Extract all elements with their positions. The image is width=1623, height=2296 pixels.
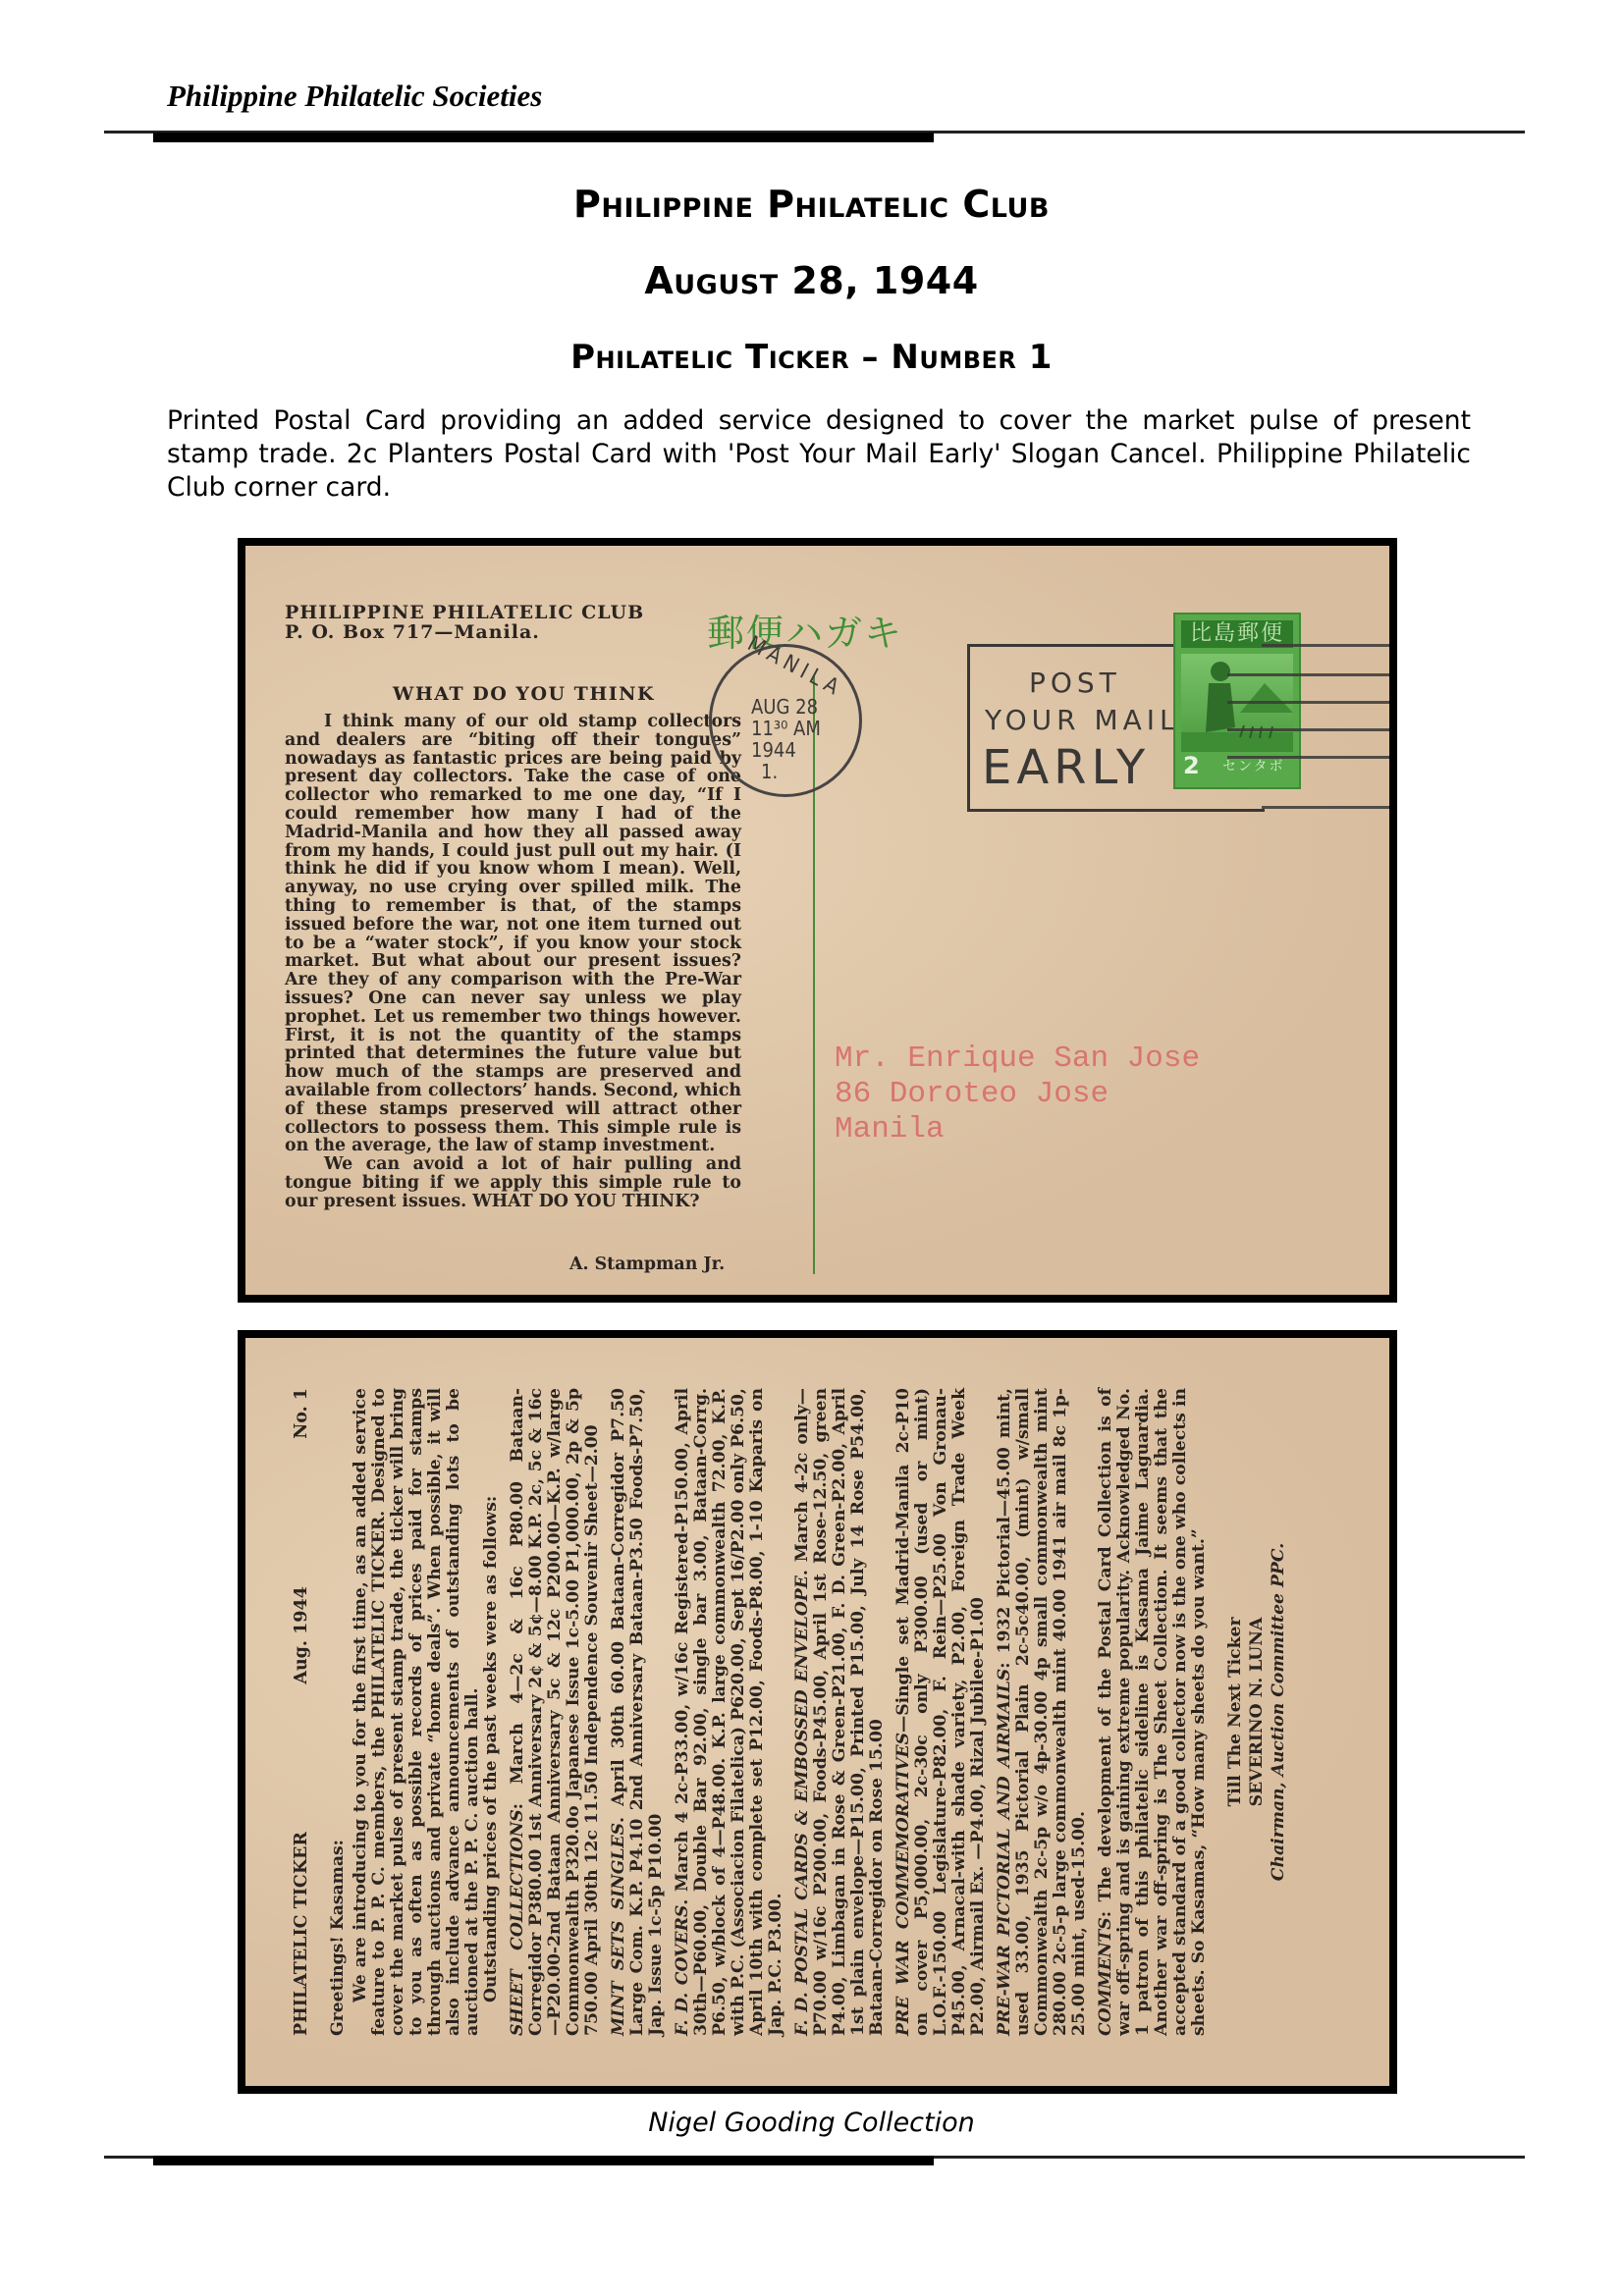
ticker-intro-2: Outstanding prices of the past weeks wer… [482,1388,501,2036]
slogan-line: YOUR MAIL [985,704,1180,736]
article-body: I think many of our old stamp collectors… [285,713,741,1211]
cancel-bar [1262,644,1397,647]
cancel-bar [1227,728,1397,731]
ticker-text: PHILATELIC TICKER Aug. 1944 No. 1 Greeti… [253,1349,1382,2075]
cancel-bar [1227,673,1397,676]
section-label: COMMENTS [1096,1917,1115,2036]
slogan-line: EARLY [982,740,1150,795]
ticker-section: PRE-WAR PICTORIAL AND AIRMAILS: 1932 Pic… [996,1388,1089,2036]
ticker-signer: SEVERINO N. LUNA [1246,1388,1268,2036]
section-label: MINT SETS SINGLES [609,1823,628,2036]
section-label: PRE-WAR PICTORIAL AND AIRMAILS [995,1669,1014,2036]
cancel-bar [1262,806,1397,809]
stamp-value: 2 [1183,752,1200,779]
ticker-section: SHEET COLLECTIONS: March 4—2c & 16c P80.… [509,1388,602,2036]
postal-card-back: PHILATELIC TICKER Aug. 1944 No. 1 Greeti… [238,1330,1397,2094]
page-title: Philippine Philatelic Club [0,183,1623,226]
ticker-greeting: Greetings! Kasamas: [329,1388,348,2036]
postmark-circle: MANILA AUG 28 11³⁰ AM 1944 1. [709,644,862,797]
ticker-section: F. D. POSTAL CARDS & EMBOSSED ENVELOPE. … [793,1388,887,2036]
corner-card-line: P. O. Box 717—Manila. [285,622,644,642]
cancel-bar [1227,756,1397,759]
ticker-title: PHILATELIC TICKER [293,1832,311,2036]
postmark-date-line: AUG 28 [751,696,821,718]
address-line: 86 Doroteo Jose [835,1077,1200,1112]
postal-card-front: PHILIPPINE PHILATELIC CLUB P. O. Box 717… [238,538,1397,1303]
section-label: SHEET COLLECTIONS [508,1809,527,2036]
ticker-intro: We are introducing to you for the first … [352,1388,482,2036]
section-label: F. D. COVERS [673,1905,692,2036]
running-head: Philippine Philatelic Societies [167,79,542,114]
corner-card-line: PHILIPPINE PHILATELIC CLUB [285,603,644,622]
article-title: WHAT DO YOU THINK [393,683,655,705]
cancel-bar [1227,701,1397,704]
ticker-section: F. D. COVERS. March 4 2c-P33.00, w/16c R… [674,1388,785,2036]
ticker-number: No. 1 [293,1388,311,1439]
address-line: Mr. Enrique San Jose [835,1041,1200,1077]
section-label: PRE WAR COMMEMORATIVES [893,1733,913,2036]
page-subtitle: Philatelic Ticker – Number 1 [0,338,1623,377]
ticker-signer-title: Chairman, Auction Committee PPC. [1268,1388,1289,2036]
recipient-address: Mr. Enrique San Jose 86 Doroteo Jose Man… [835,1041,1200,1148]
article-paragraph: I think many of our old stamp collectors… [285,713,741,1155]
article-signature: A. Stampman Jr. [569,1255,725,1274]
ticker-section: PRE WAR COMMEMORATIVES—Single set Madrid… [894,1388,988,2036]
ticker-header: PHILATELIC TICKER Aug. 1944 No. 1 [293,1388,311,2036]
postmark-date: AUG 28 11³⁰ AM 1944 1. [751,696,821,782]
ticker-section: COMMENTS: The development of the Postal … [1097,1388,1209,2036]
footer-rule-thin-left [104,2156,153,2159]
postmark-year-line: 1944 [751,739,821,761]
header-rule-thick [153,133,934,142]
description: Printed Postal Card providing an added s… [167,404,1471,505]
collection-caption: Nigel Gooding Collection [0,2108,1623,2138]
page-date: August 28, 1944 [0,259,1623,302]
ticker-signature: Till The Next Ticker SEVERINO N. LUNA Ch… [1224,1388,1289,2036]
section-label: F. D. POSTAL CARDS & EMBOSSED ENVELOPE [792,1575,812,2036]
ticker-date: Aug. 1944 [293,1439,311,1832]
postmark-time-line: 11³⁰ AM [751,718,821,739]
address-line: Manila [835,1112,1200,1148]
footer-rule-thin [934,2156,1525,2159]
footer-rule-thick [153,2156,934,2165]
article-paragraph: We can avoid a lot of hair pulling and t… [285,1155,741,1210]
postmark-code: 1. [751,761,821,782]
ticker-section: MINT SETS SINGLES. April 30th 60.00 Bata… [610,1388,666,2036]
slogan-line: POST [1029,667,1121,699]
stamp-value-text: センタボ [1222,756,1284,775]
ticker-closing: Till The Next Ticker [1224,1388,1246,2036]
corner-card: PHILIPPINE PHILATELIC CLUB P. O. Box 717… [285,603,644,642]
